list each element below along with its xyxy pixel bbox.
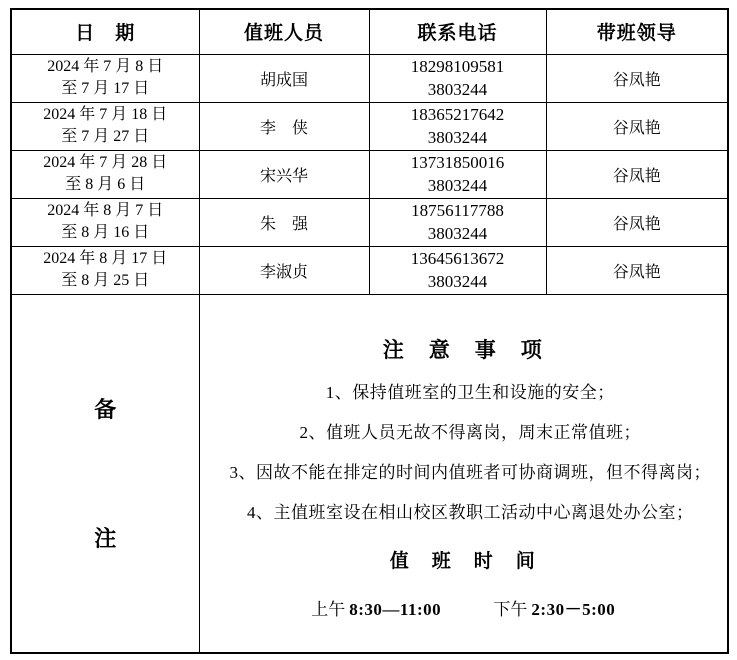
phone-line-2: 3803244 xyxy=(370,222,546,245)
phone-cell: 18756117788 3803244 xyxy=(369,198,546,246)
header-row: 日 期 值班人员 联系电话 带班领导 xyxy=(11,9,728,54)
date-line-1: 2024 年 7 月 8 日 xyxy=(12,56,199,78)
phone-line-1: 18365217642 xyxy=(370,103,546,126)
date-line-2: 至 8 月 6 日 xyxy=(12,174,199,196)
note-item-1: 1、保持值班室的卫生和设施的安全； xyxy=(200,381,728,404)
note-item-4: 4、主值班室设在相山校区教职工活动中心离退处办公室； xyxy=(200,501,728,524)
date-line-2: 至 8 月 16 日 xyxy=(12,222,199,244)
leader-cell: 谷凤艳 xyxy=(546,198,728,246)
date-cell: 2024 年 7 月 18 日 至 7 月 27 日 xyxy=(11,102,199,150)
table-row: 2024 年 7 月 28 日 至 8 月 6 日 宋兴华 1373185001… xyxy=(11,150,728,198)
header-leader: 带班领导 xyxy=(546,9,728,54)
duty-time-afternoon-label: 下午 xyxy=(493,600,527,619)
person-cell: 朱 强 xyxy=(199,198,369,246)
phone-line-1: 18298109581 xyxy=(370,55,546,78)
header-date: 日 期 xyxy=(11,9,199,54)
leader-cell: 谷凤艳 xyxy=(546,54,728,102)
date-line-1: 2024 年 8 月 17 日 xyxy=(12,248,199,270)
phone-cell: 18298109581 3803244 xyxy=(369,54,546,102)
leader-cell: 谷凤艳 xyxy=(546,102,728,150)
duty-time-line: 上午8:30—11:00 下午2:30－5:00 xyxy=(200,595,728,620)
phone-line-1: 13731850016 xyxy=(370,151,546,174)
phone-line-2: 3803244 xyxy=(370,126,546,149)
phone-line-1: 18756117788 xyxy=(370,199,546,222)
phone-cell: 18365217642 3803244 xyxy=(369,102,546,150)
table-row: 2024 年 8 月 7 日 至 8 月 16 日 朱 强 1875611778… xyxy=(11,198,728,246)
remarks-row: 备 注 注 意 事 项 1、保持值班室的卫生和设施的安全； 2、值班人员无故不得… xyxy=(11,294,728,653)
date-line-2: 至 7 月 27 日 xyxy=(12,126,199,148)
leader-cell: 谷凤艳 xyxy=(546,246,728,294)
date-line-1: 2024 年 7 月 18 日 xyxy=(12,104,199,126)
document-sheet: 日 期 值班人员 联系电话 带班领导 2024 年 7 月 8 日 至 7 月 … xyxy=(0,0,737,660)
duty-time-afternoon-range: 2:30－5:00 xyxy=(531,600,615,619)
person-cell: 李 侠 xyxy=(199,102,369,150)
note-item-3: 3、因故不能在排定的时间内值班者可协商调班，但不得离岗； xyxy=(200,461,728,484)
date-line-1: 2024 年 8 月 7 日 xyxy=(12,200,199,222)
person-cell: 宋兴华 xyxy=(199,150,369,198)
date-cell: 2024 年 7 月 8 日 至 7 月 17 日 xyxy=(11,54,199,102)
remarks-label-cell: 备 注 xyxy=(11,294,199,653)
duty-time-morning-label: 上午 xyxy=(311,600,345,619)
notes-title: 注 意 事 项 xyxy=(200,334,728,364)
note-item-2: 2、值班人员无故不得离岗，周末正常值班； xyxy=(200,421,728,444)
phone-line-1: 13645613672 xyxy=(370,247,546,270)
table-row: 2024 年 7 月 18 日 至 7 月 27 日 李 侠 183652176… xyxy=(11,102,728,150)
phone-line-2: 3803244 xyxy=(370,174,546,197)
remarks-label-bottom: 注 xyxy=(94,522,116,553)
date-cell: 2024 年 8 月 17 日 至 8 月 25 日 xyxy=(11,246,199,294)
date-line-2: 至 7 月 17 日 xyxy=(12,78,199,100)
duty-time-title: 值 班 时 间 xyxy=(200,546,728,573)
remarks-label: 备 注 xyxy=(12,295,199,652)
duty-roster-table: 日 期 值班人员 联系电话 带班领导 2024 年 7 月 8 日 至 7 月 … xyxy=(10,8,729,654)
header-person: 值班人员 xyxy=(199,9,369,54)
phone-line-2: 3803244 xyxy=(370,78,546,101)
date-cell: 2024 年 8 月 7 日 至 8 月 16 日 xyxy=(11,198,199,246)
duty-time-afternoon: 下午2:30－5:00 xyxy=(493,595,615,620)
date-line-2: 至 8 月 25 日 xyxy=(12,270,199,292)
person-cell: 胡成国 xyxy=(199,54,369,102)
date-cell: 2024 年 7 月 28 日 至 8 月 6 日 xyxy=(11,150,199,198)
table-row: 2024 年 7 月 8 日 至 7 月 17 日 胡成国 1829810958… xyxy=(11,54,728,102)
remarks-content-cell: 注 意 事 项 1、保持值班室的卫生和设施的安全； 2、值班人员无故不得离岗，周… xyxy=(199,294,728,653)
leader-cell: 谷凤艳 xyxy=(546,150,728,198)
remarks-label-top: 备 xyxy=(94,393,116,424)
duty-time-morning: 上午8:30—11:00 xyxy=(311,595,441,620)
phone-cell: 13645613672 3803244 xyxy=(369,246,546,294)
person-cell: 李淑贞 xyxy=(199,246,369,294)
phone-line-2: 3803244 xyxy=(370,270,546,293)
table-row: 2024 年 8 月 17 日 至 8 月 25 日 李淑贞 136456136… xyxy=(11,246,728,294)
date-line-1: 2024 年 7 月 28 日 xyxy=(12,152,199,174)
duty-time-morning-range: 8:30—11:00 xyxy=(349,600,441,619)
phone-cell: 13731850016 3803244 xyxy=(369,150,546,198)
header-phone: 联系电话 xyxy=(369,9,546,54)
